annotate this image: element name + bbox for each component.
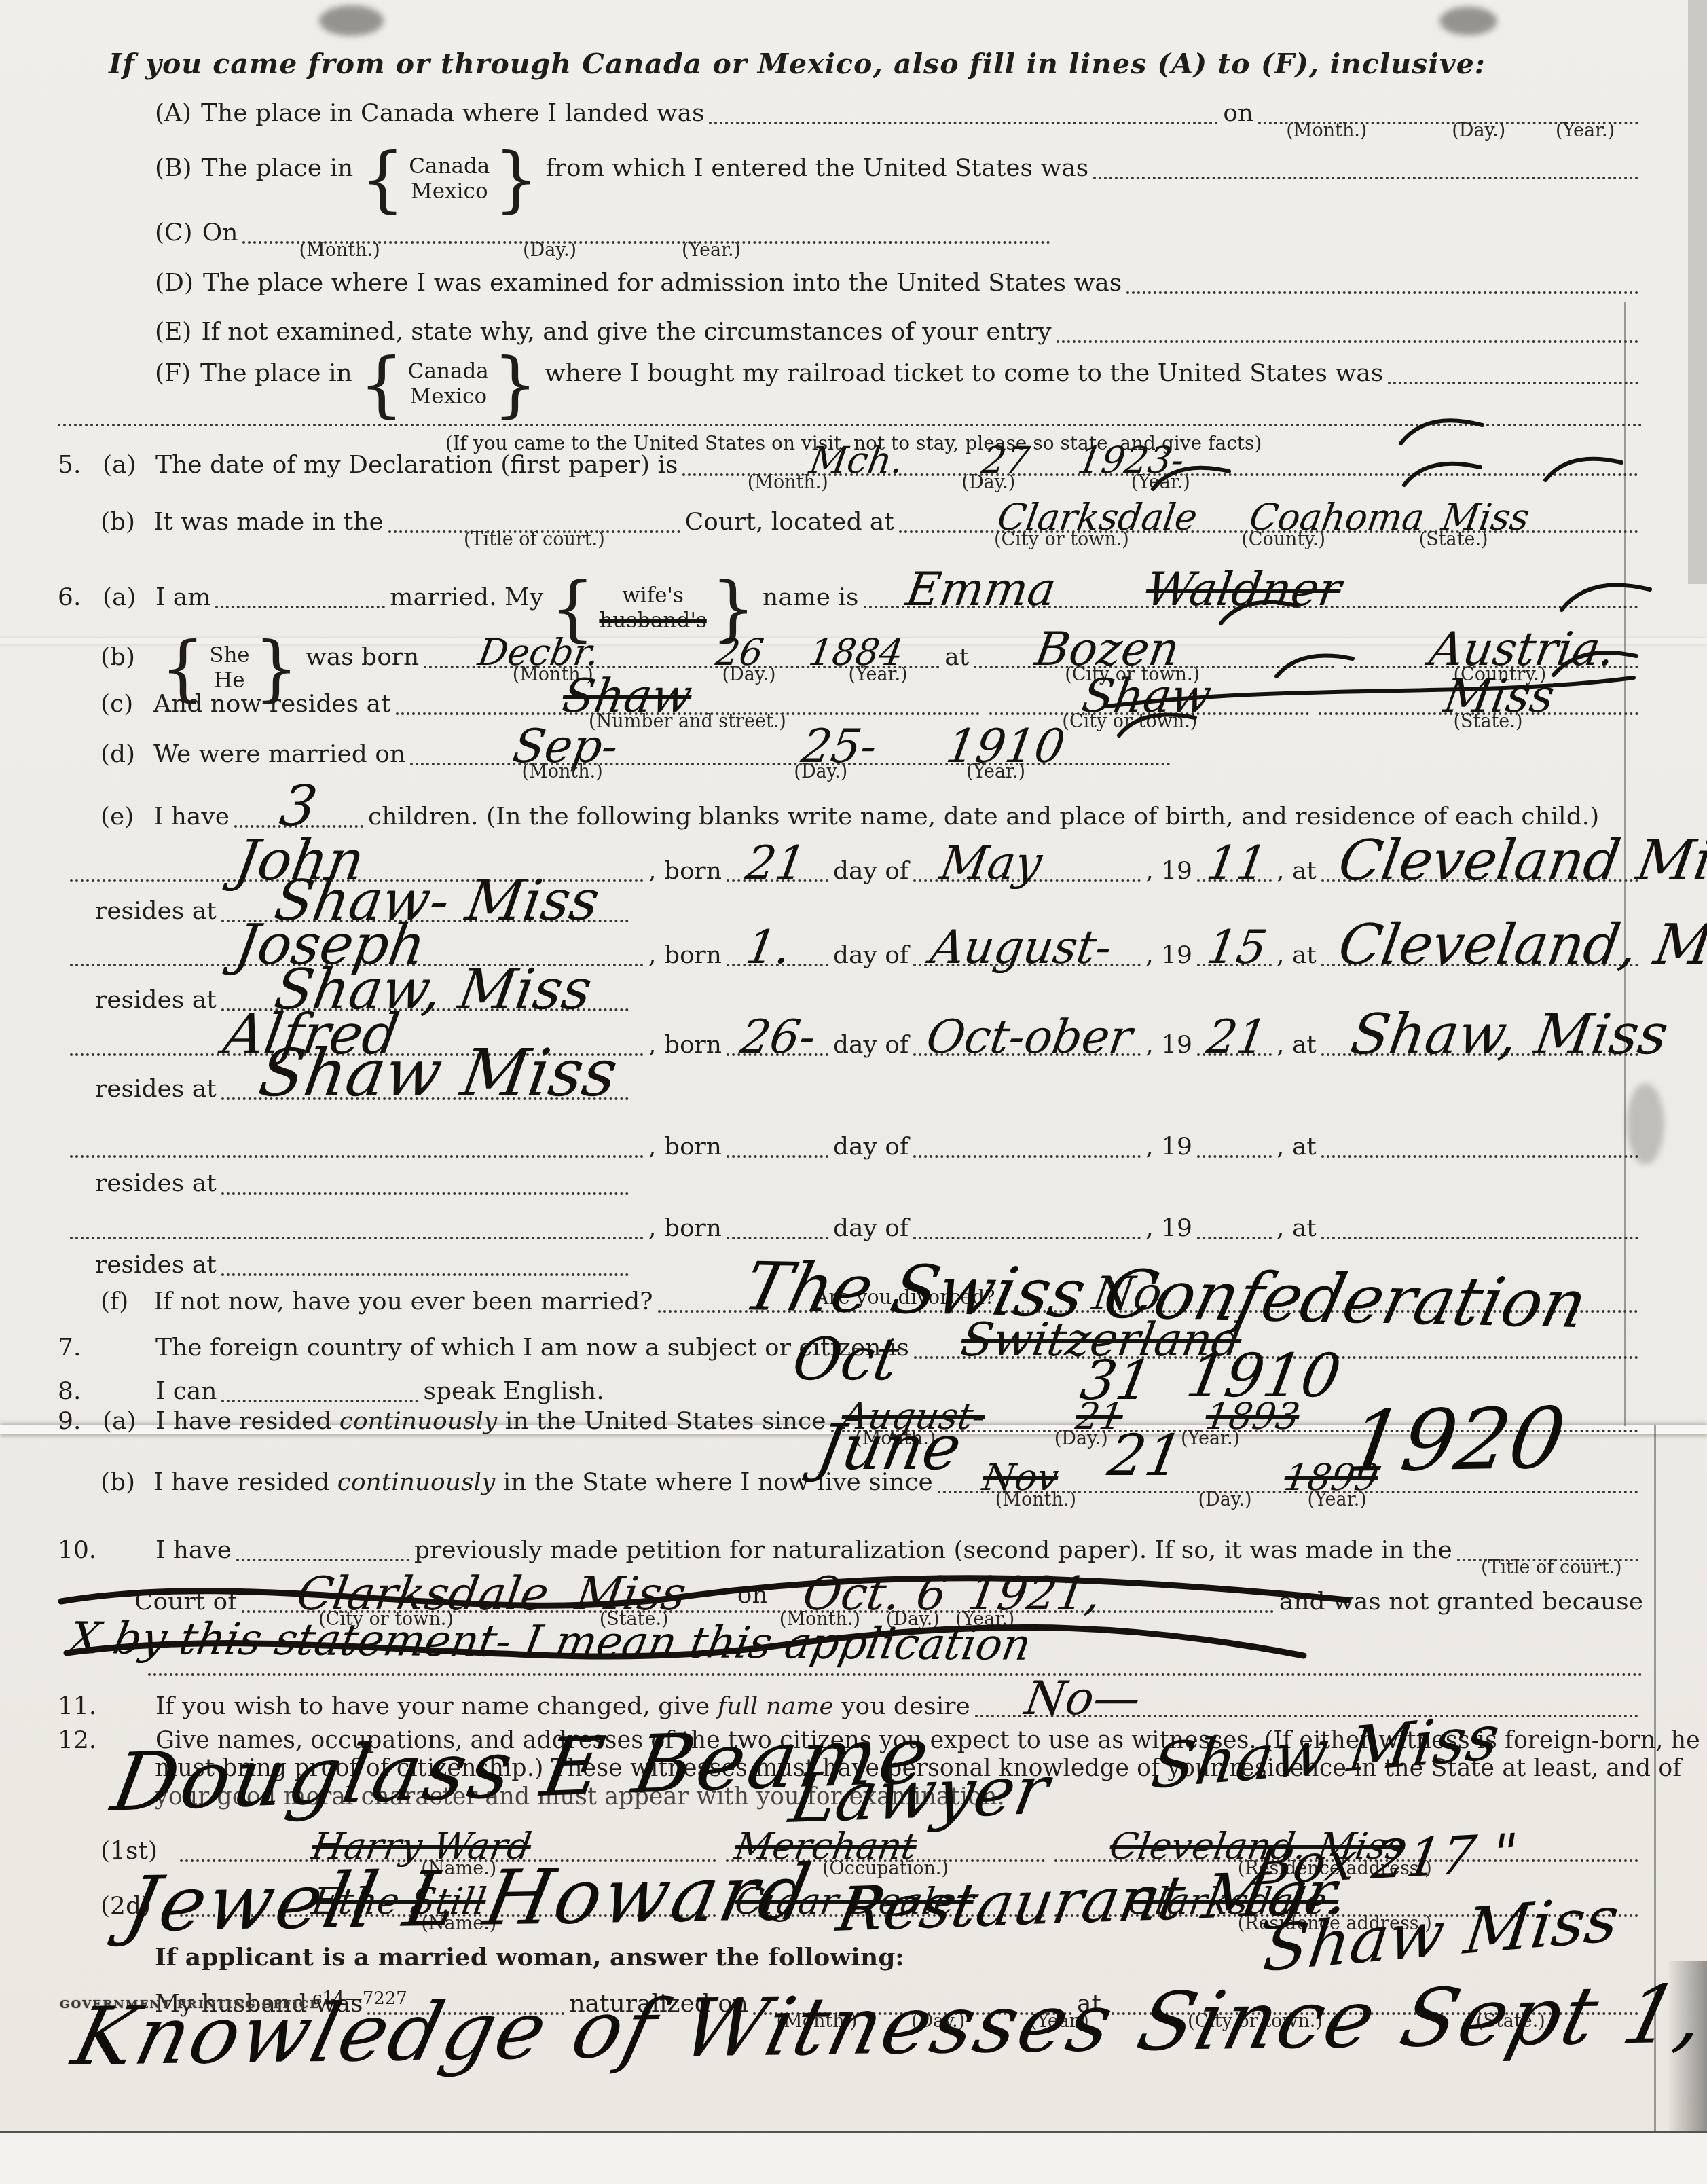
blank-child-name	[70, 1228, 644, 1239]
brace-husband-struck: husband's	[599, 608, 706, 634]
blank-child-month: August-	[913, 955, 1141, 966]
q6a-label: (a)	[103, 583, 155, 611]
brace-close: }	[494, 149, 538, 209]
blank-child-residence	[221, 1184, 629, 1195]
label-at: , at	[1277, 1214, 1317, 1242]
q9a-italic: continuously	[339, 1407, 498, 1435]
blank-name-change: No—	[975, 1707, 1638, 1717]
caption-day: (Day.)	[523, 240, 576, 261]
q6f-text: If not now, have you ever been married?	[153, 1288, 653, 1315]
label-resides-at: resides at	[95, 1169, 217, 1197]
q6b-text: was born	[306, 643, 419, 671]
q8-text2: speak English.	[423, 1377, 604, 1405]
blank-child-month: May	[913, 871, 1141, 882]
caption-year: (Year.)	[1556, 120, 1615, 141]
caption-year: (Year.)	[1308, 1489, 1367, 1510]
brace-open: {	[359, 354, 404, 414]
label-at: , at	[1277, 1031, 1317, 1059]
hw-state-day-correct: 21	[1103, 1422, 1188, 1489]
q9a-label: (a)	[103, 1407, 155, 1435]
blank-child-month	[913, 1147, 1141, 1158]
blank-place-landed	[709, 113, 1218, 124]
label-19: , 19	[1145, 1031, 1192, 1059]
caption-title-of-court: (Title of court.)	[464, 529, 605, 550]
q6a-text1: I am	[155, 583, 210, 611]
blank-child-day	[727, 1228, 828, 1239]
label-day-of: day of	[833, 941, 908, 969]
blank-child-place	[1321, 1147, 1638, 1158]
brace-mexico: Mexico	[409, 179, 490, 204]
q8-number: 8.	[58, 1377, 103, 1405]
q5-number: 5.	[58, 451, 103, 479]
label-day-of: day of	[833, 1214, 908, 1242]
q11-pre: If you wish to have your name changed, g…	[155, 1692, 718, 1720]
caption-day: (Day.)	[1452, 120, 1505, 141]
caption-state: (State.)	[1419, 529, 1488, 550]
wife-husband-brace: { wife's husband's }	[550, 579, 756, 638]
blank-not-examined	[1057, 332, 1638, 343]
blank-marital	[215, 598, 385, 608]
brace-she: She	[209, 643, 250, 668]
label-born: , born	[648, 1214, 722, 1242]
q5b-mid: Court, located at	[685, 508, 894, 536]
brace-open: {	[550, 579, 595, 638]
q5b: (b) It was made in the (Title of court.)…	[100, 508, 1643, 536]
q6b-at: at	[944, 643, 969, 671]
line-f-prefix: (F)	[155, 359, 191, 387]
brace-close: }	[711, 579, 756, 638]
blank-child-day: 26-	[727, 1045, 828, 1056]
blank-court-location: Clarksdale Coahoma Miss (City or town.) …	[899, 522, 1638, 533]
line-e: (E) If not examined, state why, and give…	[155, 318, 1643, 346]
canada-mexico-brace: { Canada Mexico }	[359, 354, 538, 414]
q9b-pre: I have resided	[153, 1468, 337, 1496]
line-d-text: The place where I was examined for admis…	[203, 269, 1122, 297]
hw-state-month-correct: June	[811, 1411, 967, 1484]
label-born: , born	[648, 941, 722, 969]
q9-number: 9.	[58, 1407, 103, 1435]
q6c-text: And now resides at	[153, 690, 391, 718]
caption-month: (Month.)	[299, 240, 380, 261]
brace-wife: wife's	[599, 583, 706, 608]
blank-child-place: Cleveland Miss	[1321, 871, 1638, 882]
caption-day: (Day.)	[722, 664, 775, 685]
blank-child-year: 21	[1197, 1045, 1272, 1056]
line-f: (F) The place in { Canada Mexico } where…	[155, 354, 1643, 387]
line-c-text: On	[202, 219, 238, 247]
scan-edge-shadow	[1688, 0, 1707, 584]
label-born: , born	[648, 1031, 722, 1059]
hw-child-year: 21	[1203, 1011, 1270, 1064]
hw-spouse-first: Emma	[902, 563, 1060, 617]
hw-child-year: 15	[1203, 921, 1270, 975]
caption-month: (Month.)	[995, 1489, 1076, 1510]
hw-witness1-occupation: Lawyer	[784, 1750, 1054, 1838]
line-b-text: The place in	[202, 154, 354, 182]
label-day-of: day of	[833, 1031, 908, 1059]
caption-month: (Month.)	[1286, 120, 1367, 141]
q9a-pre: I have resided	[155, 1407, 339, 1435]
blank-ticket-place	[1388, 374, 1638, 384]
hw-child-year: 11	[1203, 837, 1270, 890]
blank-child-place: Cleveland, Miss	[1321, 955, 1638, 966]
caption-month: (Month.)	[521, 761, 602, 782]
label-at: , at	[1277, 941, 1317, 969]
caption-county: (County.)	[1241, 529, 1325, 550]
blank-child-month	[913, 1228, 1141, 1239]
q11-number: 11.	[58, 1692, 103, 1720]
line-b-text2: from which I entered the United States w…	[545, 154, 1088, 182]
blank-place-examined	[1126, 283, 1638, 294]
line-c-prefix: (C)	[155, 219, 193, 247]
hw-us-year-correct: 1910	[1181, 1341, 1346, 1410]
line-f-text2: where I bought my railroad ticket to com…	[545, 359, 1383, 387]
blank-child-day: 1.	[727, 955, 828, 966]
q6b: (b) { She He } was born Decbr. 26 1884 (…	[100, 638, 1643, 671]
form-heading: If you came from or through Canada or Me…	[109, 48, 1486, 80]
label-resides-at: resides at	[95, 897, 217, 925]
pen-flourish	[1399, 450, 1487, 493]
brace-canada: Canada	[408, 359, 489, 384]
pen-flourish	[1395, 406, 1490, 454]
blank-child-day: 21	[727, 871, 828, 882]
label-19: , 19	[1145, 857, 1192, 885]
hw-us-month-correct: Oct	[788, 1326, 904, 1394]
label-at: , at	[1277, 857, 1317, 885]
q5a-text: The date of my Declaration (first paper)…	[155, 451, 678, 479]
blank-child-residence: Shaw Miss	[221, 1089, 629, 1100]
caption-day: (Day.)	[794, 761, 847, 782]
q6e: (e) I have 3 children. (In the following…	[100, 803, 1643, 831]
blank-marriage-date: Sep- 25- 1910 (Month.) (Day.) (Year.)	[410, 754, 1171, 765]
ink-strike-wave	[54, 1559, 1385, 1688]
label-19: , 19	[1145, 941, 1192, 969]
blank-child-year	[1197, 1228, 1272, 1239]
q6f-label: (f)	[100, 1288, 153, 1315]
blank-children-count: 3	[234, 817, 363, 828]
ink-smudge	[1439, 7, 1497, 35]
hw-state-year-correct: 1920	[1341, 1390, 1571, 1491]
scan-bottom-edge	[0, 2131, 1707, 2184]
label-resides-at: resides at	[95, 1075, 217, 1103]
q9b-italic: continuously	[337, 1468, 496, 1496]
hw-name-change-answer: No—	[1021, 1672, 1144, 1726]
blank-spouse-birthdate: Decbr. 26 1884 (Month.) (Day.) (Year.)	[424, 657, 940, 668]
caption-state: (State.)	[1454, 711, 1523, 732]
hw-witness-knowledge-note: Knowledge of Witnesses Since Sept 1, 192…	[65, 1964, 1707, 2083]
line-f-text: The place in	[200, 359, 352, 387]
caption-month: (Month.)	[748, 472, 828, 493]
q5b-text: It was made in the	[153, 508, 384, 536]
blank-speak-english	[221, 1391, 418, 1402]
blank-child-name	[70, 1147, 644, 1158]
blank-date-landed: (Month.) (Day.) (Year.)	[1258, 113, 1638, 124]
q5b-label: (b)	[100, 508, 153, 536]
blank-child-place	[1321, 1228, 1638, 1239]
line-d: (D) The place where I was examined for a…	[155, 269, 1643, 297]
q6e-text1: I have	[153, 803, 230, 831]
blank-child-residence	[221, 1265, 629, 1276]
line-a-prefix: (A)	[155, 99, 191, 127]
blank-child-day	[727, 1147, 828, 1158]
canada-mexico-brace: { Canada Mexico }	[360, 149, 538, 209]
q9b-label: (b)	[100, 1468, 153, 1496]
hw-child-residence: Shaw Miss	[254, 1035, 623, 1111]
q6e-text2: children. (In the following blanks write…	[368, 803, 1599, 831]
brace-canada: Canada	[409, 154, 490, 179]
q6e-label: (e)	[100, 803, 153, 831]
q12-number: 12.	[58, 1726, 103, 1754]
hw-child-month: May	[936, 837, 1046, 890]
line-c: (C) On (Month.) (Day.) (Year.)	[155, 219, 1643, 247]
caption-day: (Day.)	[1198, 1489, 1252, 1510]
child-row-4: , born day of , 19 , at	[70, 1133, 1643, 1161]
line-b-prefix: (B)	[155, 154, 192, 182]
blank-child-place: Shaw, Miss	[1321, 1045, 1638, 1056]
married-woman-intro: If applicant is a married woman, answer …	[155, 1944, 1643, 1971]
label-born: , born	[648, 1133, 722, 1161]
pen-flourish	[1555, 570, 1657, 618]
blank-court-title: (Title of court.)	[388, 522, 680, 533]
hw-us-day-correct: 31	[1076, 1349, 1156, 1412]
line-e-prefix: (E)	[155, 318, 191, 346]
brace-mexico: Mexico	[408, 384, 489, 409]
caption-year: (Year.)	[682, 240, 741, 261]
label-19: , 19	[1145, 1214, 1192, 1242]
q9a-post: in the United States since	[497, 1407, 826, 1435]
blank-child-year	[1197, 1147, 1272, 1158]
brace-close: }	[493, 354, 538, 414]
hw-child-month: Oct-ober	[923, 1011, 1136, 1064]
line-b: (B) The place in { Canada Mexico } from …	[155, 149, 1643, 182]
child-residence-3: resides at Shaw Miss	[95, 1075, 1643, 1103]
child-row-5: , born day of , 19 , at	[70, 1214, 1643, 1242]
label-day-of: day of	[833, 1133, 908, 1161]
blank-child-month: Oct-ober	[913, 1045, 1141, 1056]
ink-smudge	[319, 5, 384, 36]
q6a-text3: name is	[763, 583, 859, 611]
blank-child-year: 15	[1197, 955, 1272, 966]
blank-place-entered	[1093, 168, 1638, 179]
q6d: (d) We were married on Sep- 25- 1910 (Mo…	[100, 740, 1643, 768]
hw-child-place: Cleveland Miss	[1334, 829, 1707, 893]
label-born: , born	[648, 857, 722, 885]
pen-flourish	[1215, 589, 1304, 630]
q9a-text: I have resided continuously in the Unite…	[155, 1407, 826, 1435]
pen-flourish	[1114, 703, 1202, 742]
hw-child-day: 1.	[742, 921, 794, 975]
caption-year: (Year.)	[1181, 1428, 1240, 1449]
label-19: , 19	[1145, 1133, 1192, 1161]
brace-open: {	[360, 149, 405, 209]
q6d-label: (d)	[100, 740, 153, 768]
blank-petition-court-title: (Title of court.)	[1457, 1550, 1638, 1561]
pen-flourish	[1540, 445, 1628, 488]
line-a: (A) The place in Canada where I landed w…	[155, 99, 1643, 127]
q6b-label: (b)	[100, 643, 153, 671]
caption-day: (Day.)	[961, 472, 1015, 493]
label-day-of: day of	[833, 857, 908, 885]
caption-year: (Year.)	[966, 761, 1025, 782]
line-e-text: If not examined, state why, and give the…	[201, 318, 1051, 346]
q6a: 6. (a) I am married. My { wife's husband…	[58, 579, 1643, 611]
line-a-on: on	[1223, 99, 1253, 127]
blank-child-year: 11	[1197, 871, 1272, 882]
q8-text1: I can	[155, 1377, 217, 1405]
q6c-label: (c)	[100, 690, 153, 718]
caption-year: (Year.)	[848, 664, 907, 685]
hw-child-day: 21	[742, 837, 809, 890]
label-at: , at	[1277, 1133, 1317, 1161]
q7-number: 7.	[58, 1334, 103, 1362]
married-woman-text: If applicant is a married woman, answer …	[155, 1944, 904, 1971]
q6-number: 6.	[58, 583, 103, 611]
line-a-text: The place in Canada where I landed was	[201, 99, 704, 127]
hw-child-month: August-	[927, 921, 1116, 975]
child-residence-4: resides at	[95, 1169, 1643, 1197]
caption-day: (Day.)	[1054, 1428, 1108, 1449]
q6d-text: We were married on	[153, 740, 405, 768]
label-resides-at: resides at	[95, 1251, 217, 1279]
blank-residence-street: Shaw (Number and street.)	[396, 704, 980, 715]
line-d-prefix: (D)	[155, 269, 194, 297]
hw-witness2-name: Jewell L Howard	[119, 1849, 820, 1949]
hw-child-day: 26-	[737, 1011, 820, 1064]
pen-flourish	[1148, 454, 1236, 497]
blank-date-entered: (Month.) (Day.) (Year.)	[242, 233, 1050, 244]
label-resides-at: resides at	[95, 986, 217, 1014]
hw-child-place: Shaw, Miss	[1346, 1002, 1672, 1067]
scanned-naturalization-form: If you came from or through Canada or Me…	[0, 0, 1707, 2184]
q6a-text2: married. My	[390, 583, 543, 611]
q5a-label: (a)	[103, 451, 155, 479]
caption-city: (City or town.)	[994, 529, 1129, 550]
caption-title-of-court: (Title of court.)	[1481, 1557, 1622, 1578]
hw-child-place: Cleveland, Miss	[1334, 913, 1707, 977]
